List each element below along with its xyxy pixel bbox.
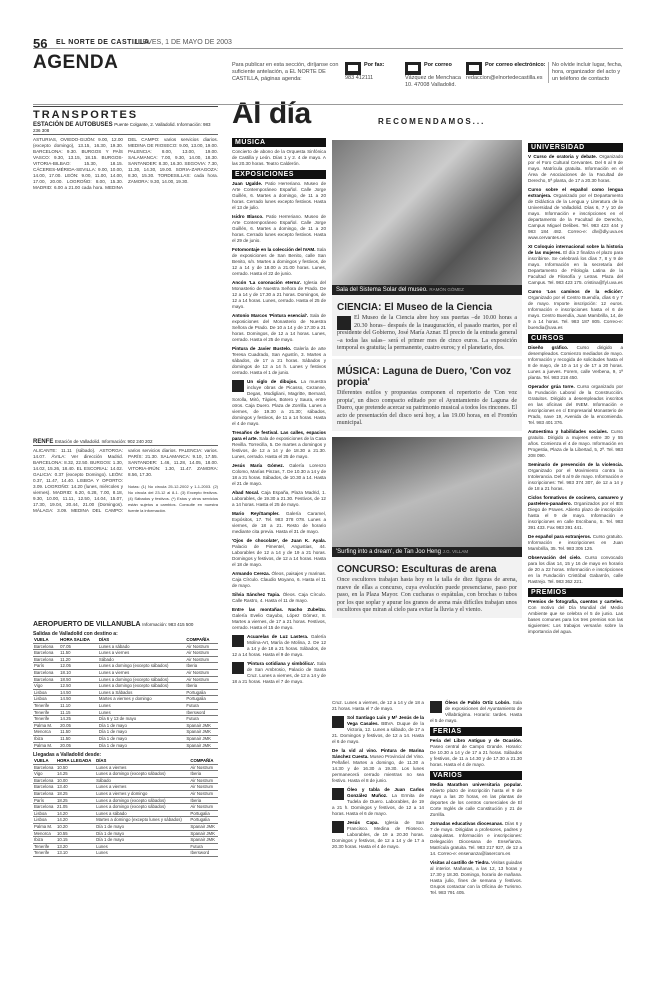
listing-item: Curso sobre el español como lengua extra… [528, 187, 623, 241]
table-cell: Barcelona [33, 656, 59, 663]
listing-title: Mario Rey/Sampler. [232, 511, 280, 516]
table-cell: Air Nostrum [185, 650, 218, 657]
table-cell: 21.05 [56, 804, 95, 811]
table-cell: Martes a domingo (excepto lunes y sábado… [95, 817, 189, 824]
table-cell: Lunes a viernes [98, 650, 186, 657]
exposiciones-category: EXPOSICIONES [232, 170, 326, 179]
table-cell: Día 6 y 13 de mayo [98, 716, 186, 723]
listing-title: Seminario de prevención de la violencia. [528, 462, 623, 467]
table-cell: Lunes a viernes [98, 669, 186, 676]
table-cell: Lunes a sábado [98, 643, 186, 650]
listing-item: Autoestima y habilidades sociales. Curso… [528, 429, 623, 459]
contact-reminder: No olvide incluir lugar, fecha, hora, or… [548, 62, 626, 83]
sand-sculpture-photo: 'Surfing into a dream', de Tan Joo Heng … [332, 437, 522, 557]
feria-item: Feria del Libro Antiguo y de Ocasión. Pa… [430, 738, 522, 768]
table-cell: Spanair JMK [185, 722, 218, 729]
table-row: Tenerife13.10LunesIbersword [33, 850, 218, 857]
listing-title: Jesús María Gómez. [232, 463, 284, 468]
table-cell: París [33, 663, 59, 670]
listing-detail: Cruz. Lunes a viernes, de 12 a 14 y de 1… [332, 700, 424, 711]
table-row: Lisboa14.20Martes a domingo (excepto lun… [33, 817, 218, 824]
listing-title: Ancón 'La coronación eterna'. [232, 280, 301, 285]
table-row: París12.05Lunes a domingo (excepto sábad… [33, 663, 218, 670]
table-cell: 07.05 [59, 643, 98, 650]
contact-fax: Por fax:983 412111 [345, 62, 405, 82]
table-cell: Lisboa [33, 689, 59, 696]
table-cell: 10.15 [56, 837, 95, 844]
universidad-list: V Curso de oratoria y debate. Organizado… [528, 154, 623, 331]
photo2-caption: 'Surfing into a dream', de Tan Joo Heng … [332, 547, 522, 557]
table-cell: Lunes [98, 709, 186, 716]
table-cell: 13.40 [56, 784, 95, 791]
table-row: Barcelona18.50Lunes a domingo (excepto s… [33, 676, 218, 683]
listing-item: Isidro Blasco. Patio Herreriano. Museo d… [232, 214, 326, 244]
listing-detail: Palacio de Pimentel, Angustias, 44. Labo… [232, 544, 326, 567]
table-cell: 10.55 [56, 830, 95, 837]
table-cell: Lunes a domingo (excepto sábados) [95, 771, 189, 778]
bus-station-header: ESTACIÓN DE AUTOBUSES Puente Colgante, 2… [33, 122, 218, 135]
concurso-article: CONCURSO: Esculturas de arena Once escul… [332, 557, 522, 618]
table-cell: Lunes a domingo (excepto sábados) [95, 804, 189, 811]
listing-title: V Curso de oratoria y debate. [528, 154, 597, 159]
listing-detail: Organizado por el Centro Buendía, días 6… [528, 295, 623, 330]
contact-intro: Para publicar en esta sección, diríjanse… [232, 62, 340, 83]
listing-detail: El día 2 finaliza el plazo para inscribi… [528, 250, 623, 285]
listing-title: Autoestima y habilidades sociales. [528, 429, 608, 434]
table-cell: Barcelona [33, 643, 59, 650]
contact-mail: Por correoVázquez de Menchaca 10. 47008 … [405, 62, 467, 89]
table-row: Vigo12.50Lunes a domingo (excepto sábado… [33, 683, 218, 690]
listing-item: De la vid al vino. Pintura de Marina Sán… [332, 748, 424, 784]
table-row: Tenerife14.25Día 6 y 13 de mayoFutura [33, 716, 218, 723]
table-cell: Air Nostrum [189, 791, 218, 798]
table-cell: 18.50 [59, 676, 98, 683]
section-title: AGENDA [33, 52, 118, 74]
table-cell: París [33, 797, 56, 804]
table-cell: Spanair JMK [185, 735, 218, 742]
table-cell: 14.20 [56, 810, 95, 817]
table-cell: Lunes [95, 843, 189, 850]
listing-item: Diseño gráfico. Curso dirigido a desempl… [528, 345, 623, 381]
table-cell: Iberia [185, 663, 218, 670]
table-cell: Menorca [33, 830, 56, 837]
table-cell: Lunes a domingo (excepto sábados) [98, 676, 186, 683]
table-row: Barcelona18.10Lunes a viernesAir Nostrum [33, 669, 218, 676]
contact-email: Por correo electrónico:redaccion@elnorte… [466, 62, 546, 82]
listing-detail: La muestra incluye obras de Picasso, Cez… [232, 379, 326, 426]
table-cell: Futura [185, 716, 218, 723]
table-cell: Palma M. [33, 742, 59, 749]
table-cell: Air Nostrum [189, 784, 218, 791]
renfe-schedule: ALICANTE: 11.11 (sábado). ASTORGA: 14.07… [33, 448, 218, 618]
table-cell: Lisboa [33, 817, 56, 824]
listing-title: Premios de fotografía, cuentos y cartele… [528, 599, 623, 604]
table-cell: Sábado [98, 656, 186, 663]
varios-category: VARIOS [430, 771, 522, 780]
departures-table: VUELAHORA SALIDADÍASCOMPAÑÍA Barcelona07… [33, 637, 218, 749]
ciencia-heading: CIENCIA: El Museo de la Ciencia [337, 302, 517, 313]
table-cell: 10.50 [56, 764, 95, 771]
table-cell: Barcelona [33, 669, 59, 676]
table-cell: Spanair JMK [185, 742, 218, 749]
listing-item: Pintura de Javier Bustelo. Galería de ar… [232, 346, 326, 376]
table-cell: 11.15 [59, 709, 98, 716]
table-cell: Ibersword [189, 850, 218, 857]
listing-item: Tresaños de festival. Las calles, espaci… [232, 430, 326, 460]
table-cell: 14.20 [56, 817, 95, 824]
listing-title: Visitas al castillo de Tiedra. [430, 860, 490, 865]
table-row: Ibiza10.15Día 1 de mayoSpanair JMK [33, 837, 218, 844]
listing-detail: Organizado por el Departamento de Didáct… [528, 193, 623, 240]
listing-title: 'Pintura cotidiana y simbólica'. [247, 661, 315, 666]
premios-category: PREMIOS [528, 588, 623, 597]
musica-heading: MÚSICA: Laguna de Duero, 'Con voz propia… [337, 366, 517, 388]
table-row: Menorca10.55Día 1 de mayoSpanair JMK [33, 830, 218, 837]
exposiciones-list: Juan Ugalde. Patio Herreriano. Museo de … [232, 181, 326, 685]
listing-item: V Curso de oratoria y debate. Organizado… [528, 154, 623, 184]
airport-header: AEROPUERTO DE VILLANUBLA Información: 98… [33, 621, 218, 628]
listing-title: Fotomontaje en la colección del IVAM. [232, 247, 315, 252]
table-cell: Iberia [189, 797, 218, 804]
listing-detail: Abierto plazo de inscripción hasta el 9 … [430, 788, 522, 817]
exhibition-icon [332, 788, 344, 800]
listing-title: Pintura de Javier Bustelo. [232, 346, 291, 351]
table-cell: 10.20 [56, 824, 95, 831]
table-cell: 11.50 [59, 735, 98, 742]
listing-item: Jesús María Gómez. Galería Lorenzo Colom… [232, 463, 326, 487]
exhibition-icon [232, 380, 244, 392]
listing-item: Ancón 'La coronación eterna'. Iglesia de… [232, 280, 326, 310]
listing-item: Premios de fotografía, cuentos y cartele… [528, 599, 623, 635]
table-cell: Barcelona [33, 804, 56, 811]
table-cell: Lunes a sábado [95, 810, 189, 817]
table-cell: Iberia [189, 771, 218, 778]
transportes-column: TRANSPORTES ESTACIÓN DE AUTOBUSES Puente… [33, 106, 218, 857]
table-cell: Vigo [33, 771, 56, 778]
table-row: Lisboa14.20Lunes a sábadoPortugalia [33, 810, 218, 817]
listing-item: Armando Cereza. Óleos, paisajes y marina… [232, 571, 326, 589]
table-cell: Día 1 de mayo [95, 837, 189, 844]
table-row: Tenerife11.10LunesFutura [33, 702, 218, 709]
table-cell: Air Nostrum [189, 777, 218, 784]
listing-title: Operador grúa torre. [528, 384, 575, 389]
table-row: Lisboa14.50Martes a viernes y domingoPor… [33, 696, 218, 703]
table-cell: 14.25 [56, 771, 95, 778]
listing-item: Un siglo de dibujos. La muestra incluye … [232, 379, 326, 427]
listing-detail: Días 6 y 7 de mayo. Dirigidas a profesor… [430, 821, 522, 856]
listing-detail: Organizado por el Movimiento contra la I… [528, 468, 623, 491]
listing-item: Media Marathon universitaria popular. Ab… [430, 782, 522, 818]
table-cell: 12.05 [59, 663, 98, 670]
table-cell: 11.20 [59, 656, 98, 663]
listing-item: De español para extranjeros. Curso gratu… [528, 534, 623, 552]
table-row: Menorca11.50Día 1 de mayoSpanair JMK [33, 729, 218, 736]
listing-item: Jornadas educativas diocesanas. Días 6 y… [430, 821, 522, 857]
table-cell: 20.05 [59, 722, 98, 729]
table-cell: Tenerife [33, 716, 59, 723]
table-cell: Día 1 de mayo [98, 735, 186, 742]
table-cell: Barcelona [33, 676, 59, 683]
listing-detail: Curso organizado por la Fundación Labora… [528, 384, 623, 425]
table-cell: Tenerife [33, 702, 59, 709]
aldia-column: MÚSICA Concierto de abono de la Orquesta… [232, 135, 326, 688]
table-cell: Lunes a viernes [95, 784, 189, 791]
renfe-header: RENFE Estación de Valladolid. Informació… [33, 439, 218, 446]
exhibition-item: Óleos de Pablo Ortiz Lobón. Sala de expo… [430, 700, 522, 724]
listing-item: Operador grúa torre. Curso organizado po… [528, 384, 623, 426]
transportes-rule [33, 106, 218, 107]
table-cell: Lunes a viernes [95, 764, 189, 771]
photo1-caption: Sala del Sistema Solar del museo. RAMÓN … [332, 285, 522, 295]
table-cell: Spanair JMK [189, 837, 218, 844]
table-row: Palma M.10.20Día 1 de mayoSpanair JMK [33, 824, 218, 831]
table-cell: 14.50 [59, 689, 98, 696]
transportes-title: TRANSPORTES [33, 109, 218, 121]
table-cell: 11.50 [59, 650, 98, 657]
ferias-category: FERIAS [430, 727, 522, 736]
table-cell: 12.50 [59, 683, 98, 690]
table-cell: Lunes a domingo (excepto sábados) [98, 683, 186, 690]
middle-bottom-col2: Óleos de Pablo Ortiz Lobón. Sala de expo… [430, 700, 522, 899]
table-cell: 10.00 [56, 777, 95, 784]
concurso-text: Once escultores trabajan hasta hoy en la… [337, 577, 517, 615]
table-cell: Lunes [95, 850, 189, 857]
listing-detail: Curso dirigido a desempleados. Comienzo … [528, 345, 623, 380]
table-cell: Ibiza [33, 837, 56, 844]
table-cell: 18.10 [59, 669, 98, 676]
table-cell: 18.25 [56, 797, 95, 804]
table-cell: Portugalia [185, 689, 218, 696]
varios-list: Media Marathon universitaria popular. Ab… [430, 782, 522, 896]
exhibition-icon [332, 716, 344, 728]
table-row: Tenerife11.15LunesIbersword [33, 709, 218, 716]
table-cell: Air Nostrum [189, 804, 218, 811]
musica-listing: Concierto de abono de la Orquesta Sinfón… [232, 149, 326, 167]
table-row: Barcelona11.20SábadoAir Nostrum [33, 656, 218, 663]
middle-bottom-col1: Cruz. Lunes a viernes, de 12 a 14 y de 1… [332, 700, 424, 853]
exhibition-icon [430, 701, 442, 713]
listing-item: Cruz. Lunes a viernes, de 12 a 14 y de 1… [332, 700, 424, 712]
listing-item: Mario Rey/Sampler. Galería Caramel, Expó… [232, 511, 326, 535]
table-row: Barcelona07.05Lunes a sábadoAir Nostrum [33, 643, 218, 650]
table-cell: Futura [189, 843, 218, 850]
table-cell: Día 1 de mayo [98, 722, 186, 729]
table-cell: Portugalia [189, 817, 218, 824]
table-cell: Día 1 de mayo [95, 830, 189, 837]
table-cell: Día 1 de mayo [95, 824, 189, 831]
table-cell: Spanair JMK [189, 830, 218, 837]
table-cell: Lunes a viernes y domingo [95, 791, 189, 798]
table-cell: Lunes [98, 702, 186, 709]
table-row: Barcelona13.40Lunes a viernesAir Nostrum [33, 784, 218, 791]
table-row: Ibiza11.50Día 1 de mayoSpanair JMK [33, 735, 218, 742]
table-cell: Lunes a domingo (excepto sábados) [95, 797, 189, 804]
listing-title: Abad Nocal. [232, 490, 259, 495]
listing-detail: Galería Evelio Gayubo, López Gómez, 8. M… [232, 613, 326, 630]
table-cell: Tenerife [33, 850, 56, 857]
table-cell: Portugalia [185, 696, 218, 703]
musica-category: MÚSICA [232, 138, 326, 147]
table-cell: Menorca [33, 729, 59, 736]
table-row: Barcelona10.00SábadoAir Nostrum [33, 777, 218, 784]
listing-title: Curso 'Los caminos de la edición'. [528, 289, 623, 294]
table-cell: Futura [185, 702, 218, 709]
listing-title: Media Marathon universitaria popular. [430, 782, 522, 787]
fax-icon [345, 62, 361, 75]
table-cell: Portugalia [189, 810, 218, 817]
listing-title: Un siglo de dibujos. [247, 379, 297, 384]
listing-title: Isidro Blasco. [232, 214, 263, 219]
ciencia-article: CIENCIA: El Museo de la Ciencia El Museo… [332, 295, 522, 356]
listing-item: 'Pintura cotidiana y simbólica'. Sala de… [232, 661, 326, 685]
listing-item: Antonio Marcos 'Pintura esencial'. Sala … [232, 313, 326, 343]
table-row: Barcelona10.50Lunes a viernesAir Nostrum [33, 764, 218, 771]
issue-date: JUEVES, 1 DE MAYO DE 2003 [134, 39, 232, 46]
listing-item: Silvia Sánchez Tapia. Óleos. Caja Círcul… [232, 592, 326, 604]
table-cell: Sábado [95, 777, 189, 784]
listing-detail: Visitas guiadas al interior. Mañanas, a … [430, 860, 522, 895]
listing-title: Jesús Capa. [347, 820, 379, 825]
table-cell: Spanair JMK [185, 729, 218, 736]
column-header: HORA LLEGADA [56, 758, 95, 764]
table-cell: Barcelona [33, 764, 56, 771]
table-cell: 13.20 [56, 843, 95, 850]
museum-photo: Sala del Sistema Solar del museo. RAMÓN … [332, 140, 522, 295]
listing-item: Seminario de prevención de la violencia.… [528, 462, 623, 492]
table-row: Lisboa14.50Lunes a SábadosPortugalia [33, 689, 218, 696]
listing-item: Fotomontaje en la colección del IVAM. Sa… [232, 247, 326, 277]
listing-item: Jesús Capa. Iglesia de San Francisco. Me… [332, 820, 424, 850]
listing-title: Diseño gráfico. [528, 345, 568, 350]
table-cell: Air Nostrum [185, 676, 218, 683]
listing-item: XI Coloquio internacional sobre la histo… [528, 244, 623, 286]
listing-item: Acuarelas de Luz Lastera. Galería Molina… [232, 634, 326, 658]
right-column: UNIVERSIDAD V Curso de oratoria y debate… [528, 140, 623, 1000]
aldia-rule [232, 104, 622, 105]
table-cell: 18.25 [56, 791, 95, 798]
table-cell: Martes a viernes y domingo [98, 696, 186, 703]
email-icon [466, 62, 482, 75]
table-cell: Barcelona [33, 784, 56, 791]
table-cell: Lisboa [33, 696, 59, 703]
table-cell: Palma M. [33, 824, 56, 831]
table-cell: 14.50 [59, 696, 98, 703]
table-cell: Air Nostrum [185, 656, 218, 663]
table-row: Tenerife13.20LunesFutura [33, 843, 218, 850]
table-cell: Tenerife [33, 843, 56, 850]
recomendamos-box: Sala del Sistema Solar del museo. RAMÓN … [332, 140, 522, 618]
listing-item: Juan Ugalde. Patio Herreriano. Museo de … [232, 181, 326, 211]
premios-list: Premios de fotografía, cuentos y cartele… [528, 599, 623, 635]
table-cell: Barcelona [33, 791, 56, 798]
concurso-heading: CONCURSO: Esculturas de arena [337, 564, 517, 575]
table-cell: Air Nostrum [185, 669, 218, 676]
listing-title: 'Ojos de chocolate', de Juan K. Ayala. [232, 538, 326, 543]
table-cell: Lunes a domingo (excepto sábados) [98, 663, 186, 670]
table-cell: Palma M. [33, 722, 59, 729]
table-cell: Air Nostrum [185, 643, 218, 650]
table-cell: Vigo [33, 683, 59, 690]
table-cell: Barcelona [33, 650, 59, 657]
mail-icon [405, 62, 421, 75]
listing-item: Óleo y tabla de Juan Carlos González Muñ… [332, 787, 424, 817]
table-row: Barcelona11.50Lunes a viernesAir Nostrum [33, 650, 218, 657]
listing-item: Visitas al castillo de Tiedra. Visitas g… [430, 860, 522, 896]
table-cell: Air Nostrum [189, 764, 218, 771]
listing-item: Observación del cielo. Curso convocado p… [528, 555, 623, 585]
listing-item: Entre las montañas. Nacho Zubelzu. Galer… [232, 607, 326, 631]
listing-title: Silvia Sánchez Tapia. [232, 592, 280, 597]
universidad-category: UNIVERSIDAD [528, 143, 623, 152]
table-cell: 20.05 [59, 742, 98, 749]
listing-item: Curso 'Los caminos de la edición'. Organ… [528, 289, 623, 331]
header-rule [33, 48, 623, 49]
table-cell: Iberia [185, 683, 218, 690]
musica-text: Diferentes estilos y propuestas componen… [337, 390, 517, 428]
listing-title: Entre las montañas. Nacho Zubelzu. [232, 607, 326, 612]
table-row: Barcelona21.05Lunes a domingo (excepto s… [33, 804, 218, 811]
exhibition-icon [332, 821, 344, 833]
table-cell: Barcelona [33, 777, 56, 784]
listing-item: Sol Santiago Luis y Mª Jesús de la Vega … [332, 715, 424, 745]
table-cell: Spanair JMK [189, 824, 218, 831]
table-cell: Tenerife [33, 709, 59, 716]
cursos-list: Diseño gráfico. Curso dirigido a desempl… [528, 345, 623, 585]
listing-title: De español para extranjeros. [528, 534, 591, 539]
al-dia-title: Al día [232, 97, 311, 131]
listing-item: 'Ojos de chocolate', de Juan K. Ayala. P… [232, 538, 326, 568]
table-cell: 11.10 [59, 702, 98, 709]
table-cell: 11.50 [59, 729, 98, 736]
musica-article: MÚSICA: Laguna de Duero, 'Con voz propia… [332, 359, 522, 431]
listing-title: Juan Ugalde. [232, 181, 262, 186]
table-cell: Día 1 de mayo [98, 742, 186, 749]
euro-icon [337, 316, 351, 330]
table-cell: Lisboa [33, 810, 56, 817]
listing-title: Armando Cereza. [232, 571, 270, 576]
table-row: Barcelona18.25Lunes a viernes y domingoA… [33, 791, 218, 798]
exhibition-icon [232, 662, 244, 674]
listing-title: Antonio Marcos 'Pintura esencial'. [232, 313, 308, 318]
table-row: París18.25Lunes a domingo (excepto sábad… [33, 797, 218, 804]
listing-detail: Con motivo del Día Mundial del Medio Amb… [528, 605, 623, 634]
table-cell: Lunes a Sábados [98, 689, 186, 696]
table-row: Vigo14.25Lunes a domingo (excepto sábado… [33, 771, 218, 778]
listing-item: Abad Nocal. Caja España, Plaza Madrid, 1… [232, 490, 326, 508]
exhibition-icon [232, 635, 244, 647]
table-cell: Ibersword [185, 709, 218, 716]
ciencia-text: El Museo de la Ciencia abre hoy sus puer… [337, 315, 517, 353]
listing-title: Jornadas educativas diocesanas. [430, 821, 503, 826]
arrivals-table: VUELAHORA LLEGADADÍASCOMPAÑÍA Barcelona1… [33, 758, 218, 857]
cursos-category: CURSOS [528, 334, 623, 343]
bus-schedule: ASTURIAS, OVIEDO-GIJÓN: 9.00, 12.00 (exc… [33, 137, 218, 437]
table-cell: Día 1 de mayo [98, 729, 186, 736]
table-row: Palma M.20.05Día 1 de mayoSpanair JMK [33, 742, 218, 749]
table-row: Palma M.20.05Día 1 de mayoSpanair JMK [33, 722, 218, 729]
listing-title: Acuarelas de Luz Lastera. [247, 634, 308, 639]
recomendamos-title: RECOMENDAMOS... [378, 117, 485, 126]
table-cell: 14.25 [59, 716, 98, 723]
table-cell: 13.10 [56, 850, 95, 857]
email-link[interactable]: redaccion@elnortedecastilla.es [466, 75, 543, 81]
listing-item: Ciclos formativos de cocinero, camarero … [528, 495, 623, 531]
table-cell: Ibiza [33, 735, 59, 742]
listing-title: Observación del cielo. [528, 555, 581, 560]
